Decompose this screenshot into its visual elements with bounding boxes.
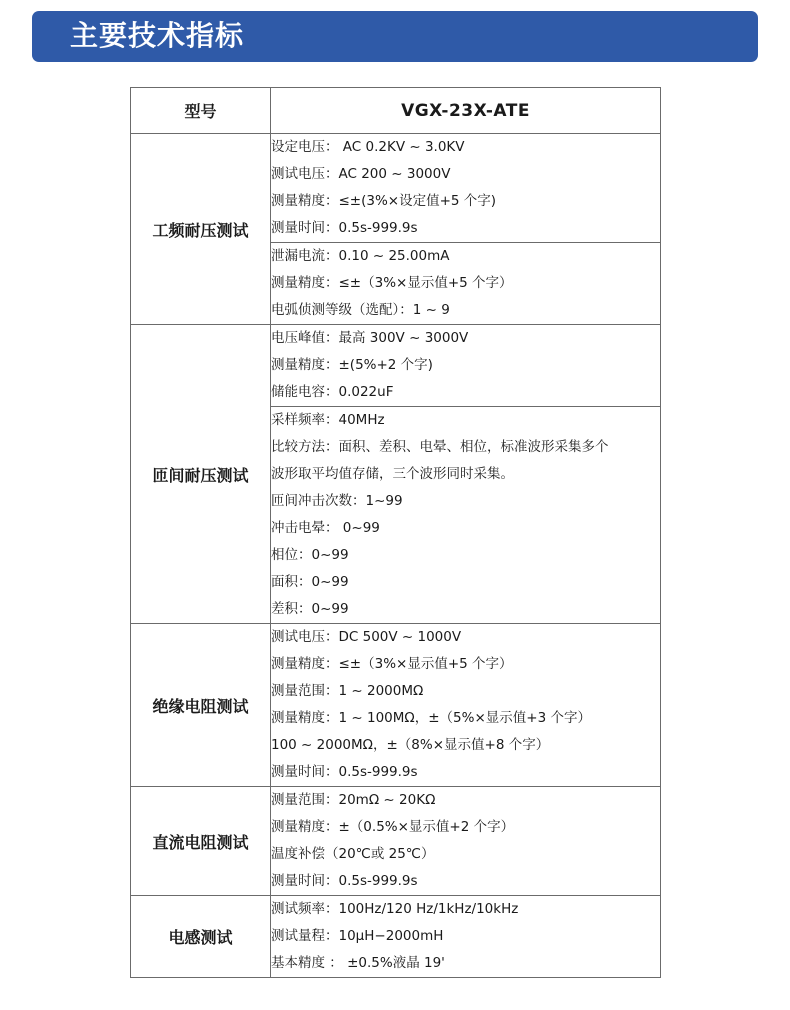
spec-line: 基本精度 ： ±0.5%液晶 19' (271, 950, 660, 977)
spec-line: 电弧侦测等级（选配）：1 ~ 9 (271, 297, 660, 324)
category-cell: 绝缘电阻测试 (131, 624, 271, 787)
spec-line: 测量时间：0.5s-999.9s (271, 759, 660, 786)
table-row: 电感测试 测试频率：100Hz/120 Hz/1kHz/10kHz 测试量程：1… (131, 896, 661, 978)
spec-line: 测试电压：AC 200 ~ 3000V (271, 161, 660, 188)
section-title: 主要技术指标 (70, 19, 244, 53)
table-row: 绝缘电阻测试 测试电压：DC 500V ~ 1000V 测量精度：≤±（3%×显… (131, 624, 661, 787)
spec-line: 温度补偿（20℃或 25℃） (271, 841, 660, 868)
spec-line: 泄漏电流：0.10 ~ 25.00mA (271, 243, 660, 270)
spec-line: 测量精度：≤±（3%×显示值+5 个字） (271, 270, 660, 297)
spec-line: 波形取平均值存储，三个波形同时采集。 (271, 461, 660, 488)
header-model: VGX-23X-ATE (271, 88, 661, 134)
values-cell: 测试频率：100Hz/120 Hz/1kHz/10kHz 测试量程：10μH−2… (271, 896, 661, 978)
spec-line: 测量时间：0.5s-999.9s (271, 868, 660, 895)
spec-line: 冲击电晕： 0~99 (271, 515, 660, 542)
category-cell: 直流电阻测试 (131, 787, 271, 896)
spec-line: 测试电压：DC 500V ~ 1000V (271, 624, 660, 651)
spec-line: 测量精度：1 ~ 100MΩ，±（5%×显示值+3 个字） (271, 705, 660, 732)
spec-line: 测量范围：1 ~ 2000MΩ (271, 678, 660, 705)
spec-line: 电压峰值：最高 300V ~ 3000V (271, 325, 660, 352)
spec-line: 测量精度：±（0.5%×显示值+2 个字） (271, 814, 660, 841)
spec-line: 测量精度：±(5%+2 个字) (271, 352, 660, 379)
spec-line: 比较方法：面积、差积、电晕、相位，标准波形采集多个 (271, 434, 660, 461)
category-cell: 匝间耐压测试 (131, 325, 271, 624)
spec-line: 面积：0~99 (271, 569, 660, 596)
spec-line: 测量时间：0.5s-999.9s (271, 215, 660, 242)
spec-line: 测试量程：10μH−2000mH (271, 923, 660, 950)
table-row: 工频耐压测试 设定电压： AC 0.2KV ~ 3.0KV 测试电压：AC 20… (131, 134, 661, 243)
table-header-row: 型号 VGX-23X-ATE (131, 88, 661, 134)
values-cell: 设定电压： AC 0.2KV ~ 3.0KV 测试电压：AC 200 ~ 300… (271, 134, 661, 243)
spec-line: 差积：0~99 (271, 596, 660, 623)
spec-line: 相位：0~99 (271, 542, 660, 569)
spec-line: 匝间冲击次数：1~99 (271, 488, 660, 515)
spec-line: 设定电压： AC 0.2KV ~ 3.0KV (271, 134, 660, 161)
values-cell: 采样频率：40MHz 比较方法：面积、差积、电晕、相位，标准波形采集多个 波形取… (271, 407, 661, 624)
spec-line: 测量精度：≤±(3%×设定值+5 个字) (271, 188, 660, 215)
category-cell: 电感测试 (131, 896, 271, 978)
category-cell: 工频耐压测试 (131, 134, 271, 325)
values-cell: 测试电压：DC 500V ~ 1000V 测量精度：≤±（3%×显示值+5 个字… (271, 624, 661, 787)
table-row: 直流电阻测试 测量范围：20mΩ ~ 20KΩ 测量精度：±（0.5%×显示值+… (131, 787, 661, 896)
table-row: 匝间耐压测试 电压峰值：最高 300V ~ 3000V 测量精度：±(5%+2 … (131, 325, 661, 407)
values-cell: 电压峰值：最高 300V ~ 3000V 测量精度：±(5%+2 个字) 储能电… (271, 325, 661, 407)
header-label: 型号 (131, 88, 271, 134)
spec-table: 型号 VGX-23X-ATE 工频耐压测试 设定电压： AC 0.2KV ~ 3… (130, 87, 661, 978)
spec-line: 储能电容：0.022uF (271, 379, 660, 406)
spec-line: 100 ~ 2000MΩ，±（8%×显示值+8 个字） (271, 732, 660, 759)
spec-line: 测量范围：20mΩ ~ 20KΩ (271, 787, 660, 814)
values-cell: 泄漏电流：0.10 ~ 25.00mA 测量精度：≤±（3%×显示值+5 个字）… (271, 243, 661, 325)
section-banner: 主要技术指标 (32, 11, 758, 62)
values-cell: 测量范围：20mΩ ~ 20KΩ 测量精度：±（0.5%×显示值+2 个字） 温… (271, 787, 661, 896)
spec-line: 测量精度：≤±（3%×显示值+5 个字） (271, 651, 660, 678)
spec-line: 采样频率：40MHz (271, 407, 660, 434)
spec-line: 测试频率：100Hz/120 Hz/1kHz/10kHz (271, 896, 660, 923)
